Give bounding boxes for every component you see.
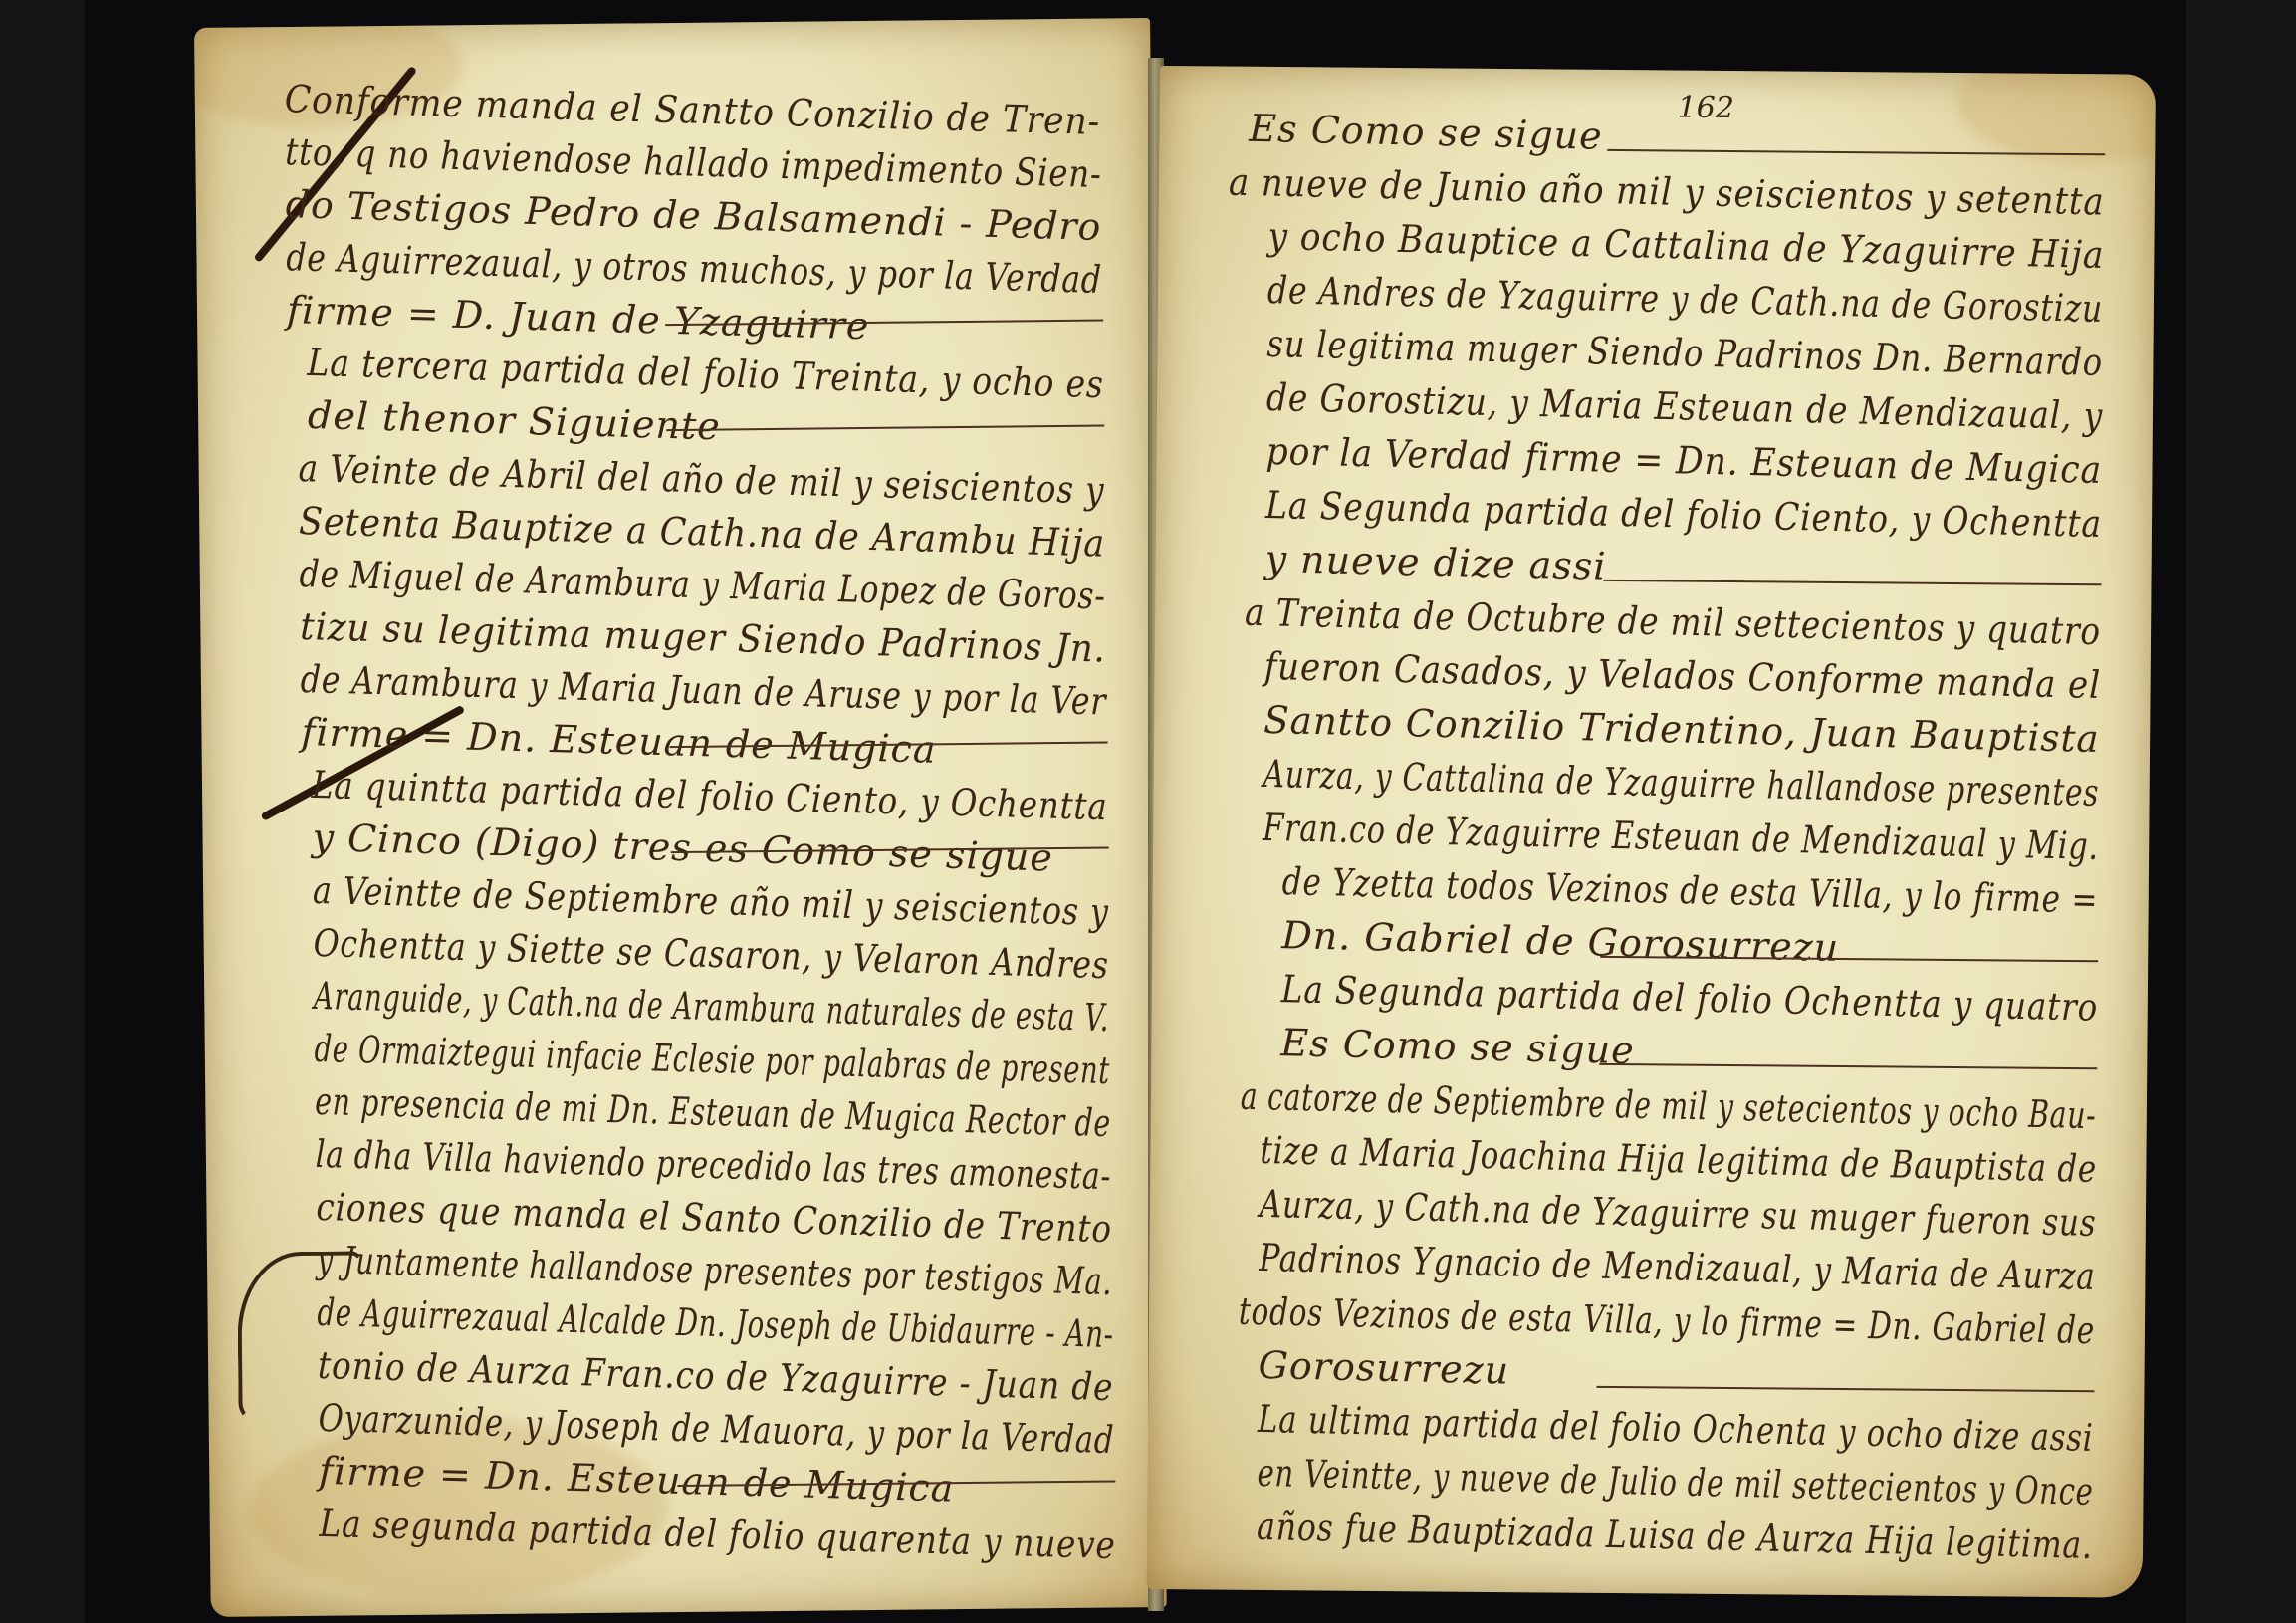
handwritten-line: del thenor Siguiente <box>308 393 722 449</box>
handwritten-line: fueron Casados, y Velados Conforme manda… <box>1263 644 2101 707</box>
handwritten-line: Padrinos Ygnacio de Mendizaual, y Maria … <box>1259 1236 2096 1298</box>
section-rule <box>666 425 1104 432</box>
handwritten-line: Dn. Gabriel de Gorosurrezu <box>1281 913 1840 970</box>
handwritten-line: años fue Bauptizada Luisa de Aurza Hija … <box>1257 1505 2094 1567</box>
section-rule <box>1596 1386 2094 1392</box>
left-page: Conforme manda el Santto Conzilio de Tre… <box>194 18 1167 1617</box>
scan-border-right <box>2186 0 2296 1623</box>
handwritten-line: por la Verdad firme = Dn. Esteuan de Mug… <box>1265 429 2102 492</box>
handwritten-line: a catorze de Septiembre de mil y setecie… <box>1240 1074 2096 1137</box>
handwritten-line: de Yzetta todos Vezinos de esta Villa, y… <box>1281 859 2098 922</box>
right-page-text: Es Como se siguea nueve de Junio año mil… <box>1147 66 2156 1598</box>
handwritten-line: de Andres de Yzaguirre y de Cath.na de G… <box>1267 268 2104 331</box>
handwritten-line: todos Vezinos de esta Villa, y lo firme … <box>1239 1289 2096 1353</box>
handwritten-line: La segunda partida del folio quarenta y … <box>319 1502 1116 1567</box>
handwritten-line: a Treinta de Octubre de mil settecientos… <box>1245 590 2102 653</box>
handwritten-line: La ultima partida del folio Ochenta y oc… <box>1258 1397 2094 1460</box>
handwritten-line: Gorosurrezu <box>1258 1343 1510 1393</box>
handwritten-line: Aurza, y Cattalina de Yzaguirre hallando… <box>1263 752 2100 814</box>
handwritten-line: y ocho Bauptice a Cattalina de Yzaguirre… <box>1267 214 2105 277</box>
right-page: 162 Es Como se siguea nueve de Junio año… <box>1147 66 2156 1598</box>
scan-border-left <box>0 0 85 1623</box>
handwritten-line: Aurza, y Cath.na de Yzaguirre su muger f… <box>1260 1182 2097 1245</box>
handwritten-line: a nueve de Junio año mil y seiscientos y… <box>1228 160 2105 224</box>
section-rule <box>1599 1063 2097 1069</box>
handwritten-line: Santto Conzilio Tridentino, Juan Bauptis… <box>1263 698 2100 761</box>
handwritten-line: en Veintte, y nueve de Julio de mil sett… <box>1257 1451 2094 1513</box>
handwritten-line: su legitima muger Siendo Padrinos Dn. Be… <box>1266 322 2103 384</box>
open-register-book: Conforme manda el Santto Conzilio de Tre… <box>194 18 2176 1607</box>
handwritten-line: La Segunda partida del folio Ochentta y … <box>1280 967 2098 1030</box>
handwritten-line: Es Como se sigue <box>1280 1021 1635 1072</box>
handwritten-line: Es Como se sigue <box>1249 107 1603 158</box>
handwritten-line: y nueve dize assi <box>1264 537 1607 588</box>
handwritten-line: firme = Dn. Esteuan de Mugica <box>319 1449 955 1510</box>
section-rule <box>1603 580 2101 585</box>
handwritten-line: firme = Dn. Esteuan de Mugica <box>301 710 937 772</box>
handwritten-line: tize a Maria Joachina Hija legitima de B… <box>1260 1128 2098 1191</box>
left-page-text: Conforme manda el Santto Conzilio de Tre… <box>194 18 1167 1617</box>
handwritten-line: Fran.co de Yzaguirre Esteuan de Mendizau… <box>1263 806 2100 868</box>
handwritten-line: de Gorostizu, y Maria Esteuan de Mendiza… <box>1266 375 2104 438</box>
handwritten-line: firme = D. Juan de Yzaguirre <box>286 288 870 348</box>
section-rule <box>1607 149 2105 155</box>
handwritten-line: La Segunda partida del folio Ciento, y O… <box>1265 483 2103 546</box>
